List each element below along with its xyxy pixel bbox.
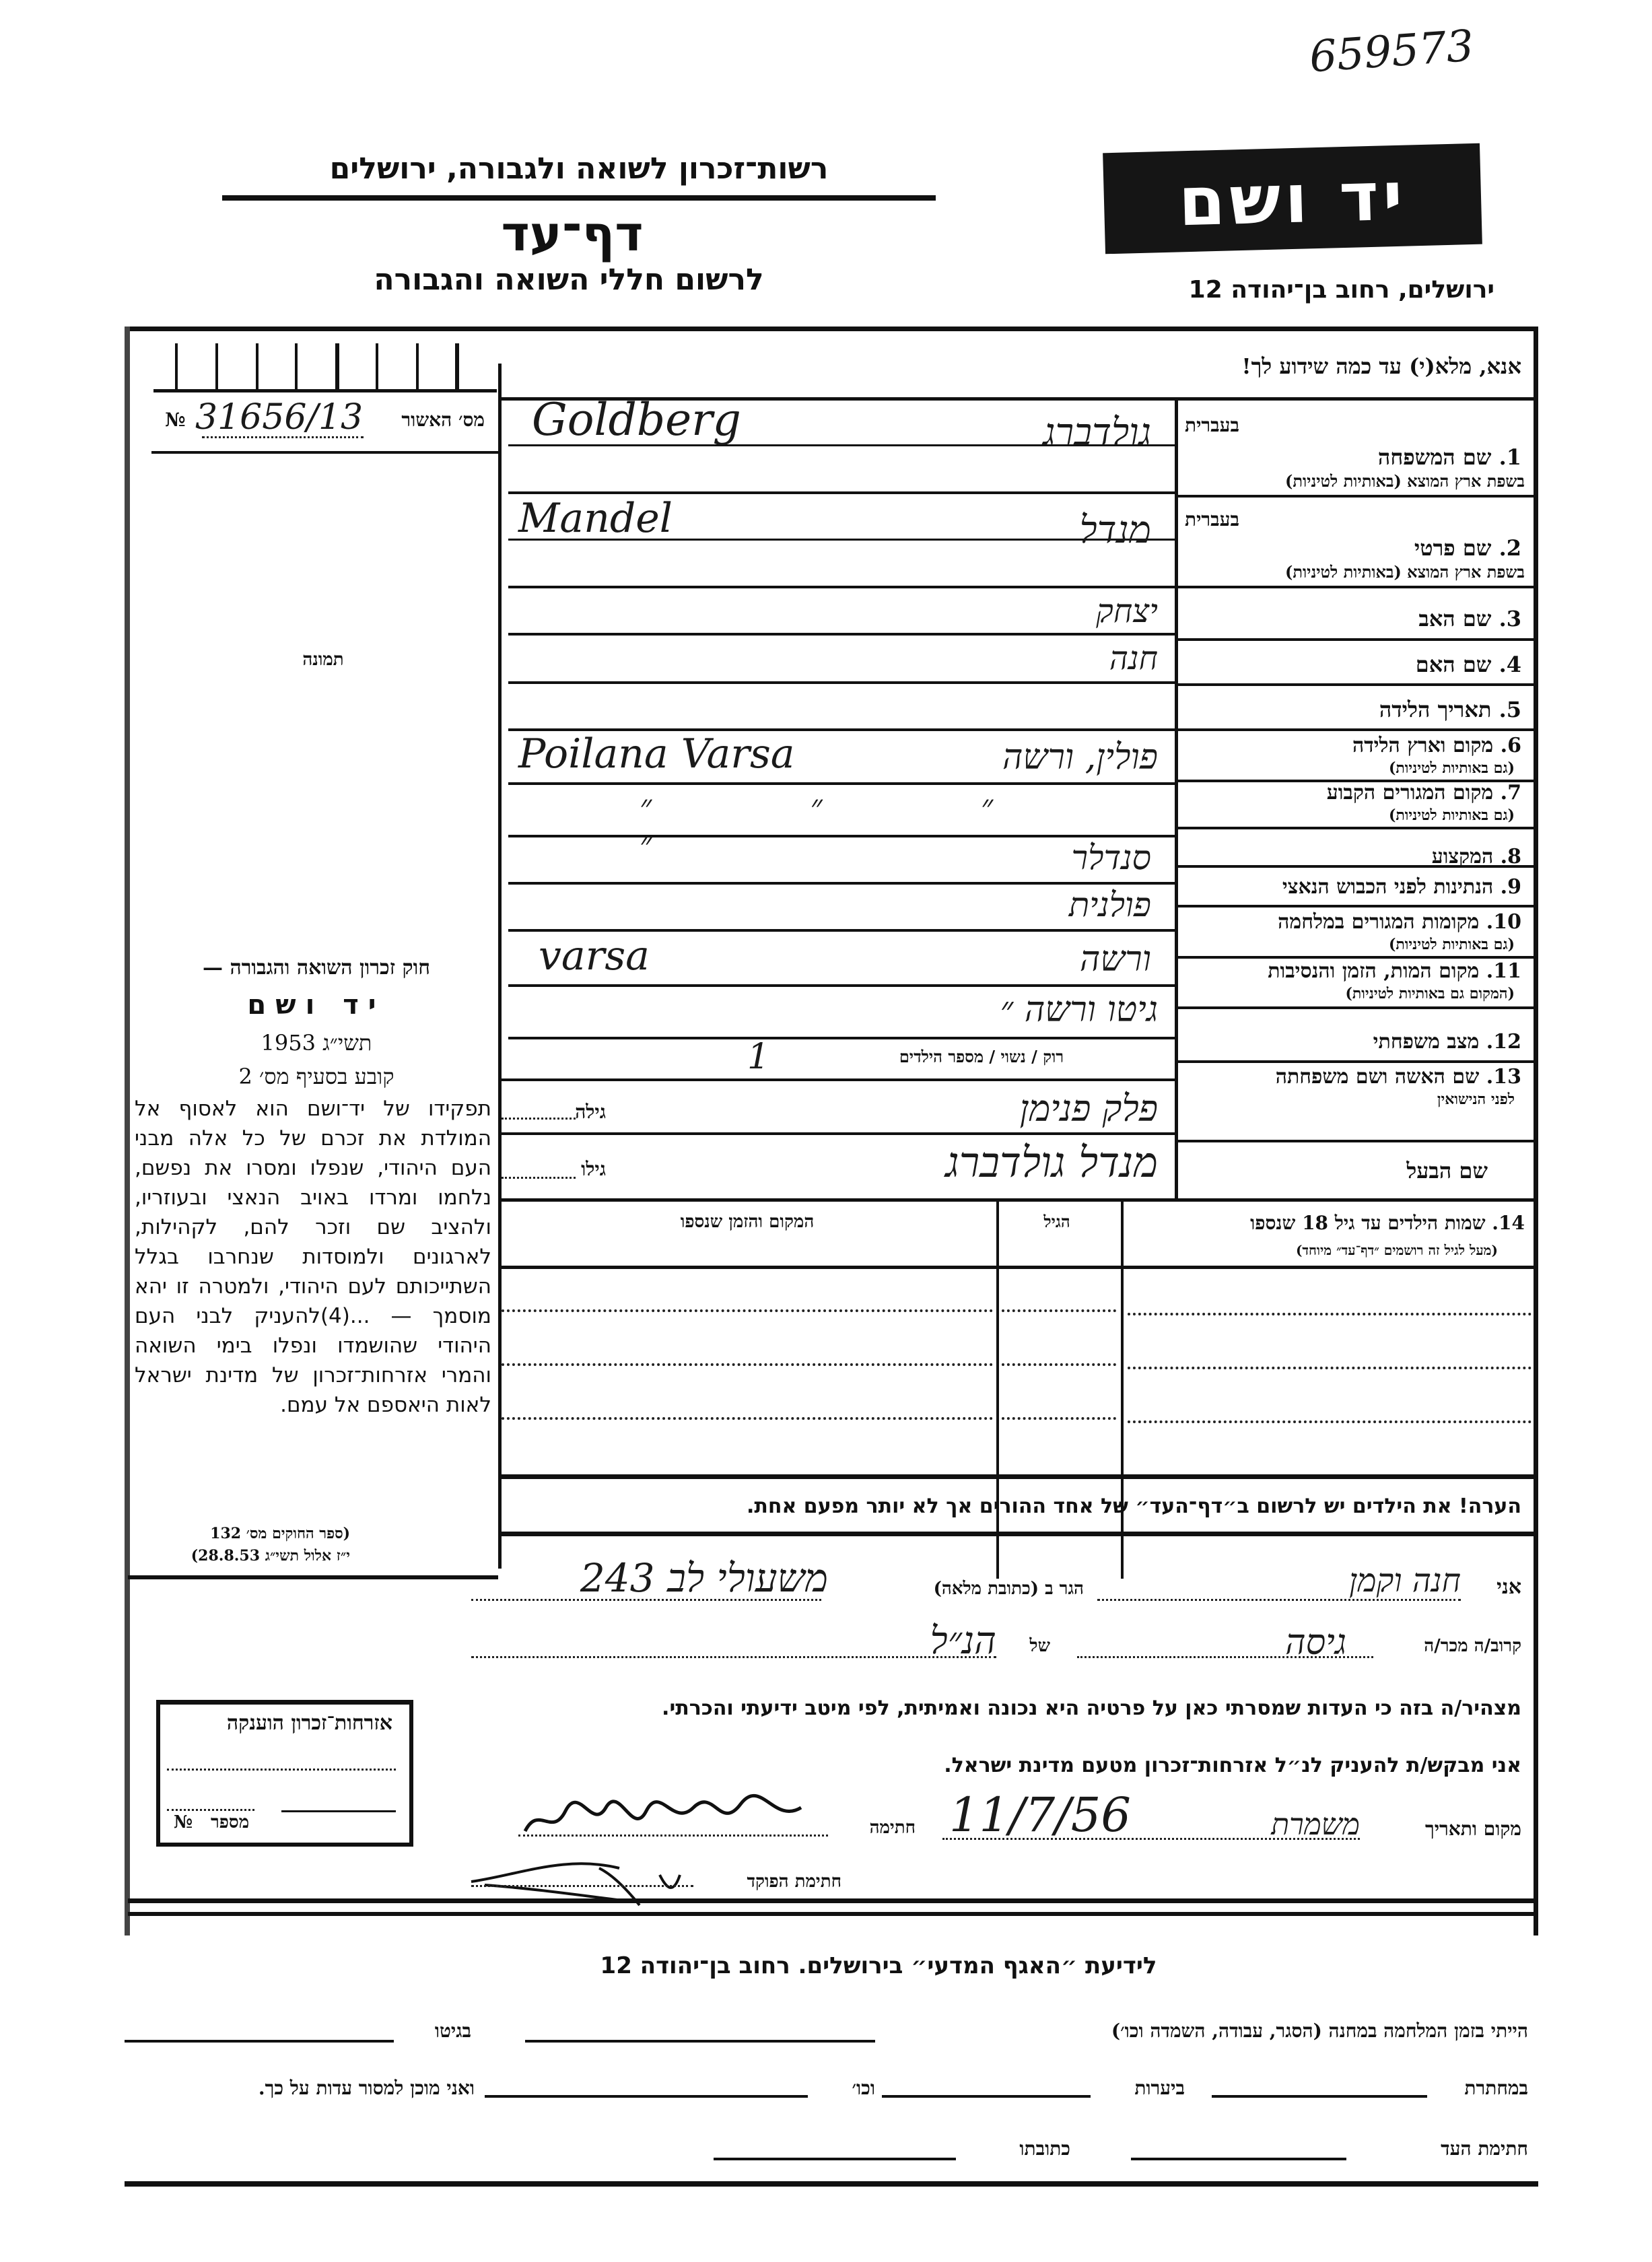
declarant-address[interactable]: משעולי לב 243 bbox=[458, 1555, 828, 1601]
field-1-sub: בשפת ארץ המוצא (באותיות לטיניות) bbox=[1181, 471, 1525, 491]
instruction: אנא, מלא(י) עד כמה שידוע לך! bbox=[512, 353, 1521, 379]
children-header-name-text: שמות הילדים עד גיל 18 שנספו bbox=[1250, 1212, 1485, 1234]
footer-line2-b: ביערות bbox=[1097, 2077, 1185, 2100]
field-7-sub: (גם באותיות לטיניות) bbox=[1185, 807, 1515, 824]
field-12-num: 12. bbox=[1486, 1030, 1521, 1054]
field-1-label: 1. שם המשפחה bbox=[1185, 444, 1521, 470]
footer-line3-a: חתימת העד bbox=[1400, 2137, 1528, 2160]
approval-label: מס׳ האשור bbox=[401, 409, 485, 432]
footer-line2-a: במחתרת bbox=[1434, 2077, 1528, 2100]
declaration-statement: מצהיר/ה בזה כי העדות שמסרתי כאן על פרטיה… bbox=[498, 1697, 1521, 1720]
field-5-num: 5. bbox=[1499, 697, 1521, 722]
approval-number[interactable]: 31656/13 bbox=[195, 397, 363, 438]
field-6-label: 6. מקום וארץ הלידה bbox=[1185, 734, 1521, 757]
field-13-label: 13. שם האשה ושם משפחתה bbox=[1185, 1065, 1521, 1089]
child-row-3-place[interactable] bbox=[502, 1417, 993, 1420]
mother-name[interactable]: חנה bbox=[1010, 640, 1158, 677]
birthplace-latin[interactable]: Poilana Varsa bbox=[518, 730, 795, 778]
field-13-label-text: שם האשה ושם משפחתה bbox=[1276, 1065, 1480, 1089]
law-text: תפקידו של יד־ושם הוא לאסוף אל המולדת את … bbox=[135, 1094, 491, 1420]
place-date-label: מקום ותאריך bbox=[1373, 1818, 1521, 1841]
resides-label: הגר ב (כתובת מלאה) bbox=[828, 1579, 1084, 1599]
firstname-hebrew[interactable]: מנדל bbox=[1010, 508, 1151, 552]
note: הערה! את הילדים יש לרשום ב״דף־העד״ של אח… bbox=[512, 1495, 1521, 1518]
field-2-label: 2. שם פרטי bbox=[1185, 535, 1521, 561]
archive-number: 659573 bbox=[1308, 22, 1476, 83]
signature-scribble-icon bbox=[518, 1791, 835, 1845]
camp-field[interactable] bbox=[525, 2040, 875, 2043]
signature-label: חתימה bbox=[835, 1818, 916, 1838]
child-row-2-place[interactable] bbox=[502, 1363, 993, 1366]
field-7-num: 7. bbox=[1501, 781, 1521, 804]
profession[interactable]: סנדלר bbox=[996, 838, 1151, 877]
photo-label: תמונה bbox=[256, 650, 390, 670]
frame-right bbox=[1534, 327, 1538, 1935]
frame-bottom bbox=[125, 2181, 1538, 2187]
field-11-label-text: מקום המות, הזמן והנסיבות bbox=[1268, 959, 1479, 983]
child-row-3-name[interactable] bbox=[1128, 1420, 1531, 1423]
field-11-label: 11. מקום המות, הזמן והנסיבות bbox=[1185, 959, 1521, 983]
wartime-residence-latin[interactable]: varsa bbox=[539, 932, 650, 980]
field-1-label-text: שם המשפחה bbox=[1378, 444, 1492, 470]
children-count[interactable]: 1 bbox=[747, 1037, 769, 1077]
field-5-label: 5. תאריך הלידה bbox=[1185, 697, 1521, 722]
field-13-num: 13. bbox=[1486, 1065, 1521, 1089]
surname-hebrew[interactable]: גולדברג bbox=[929, 411, 1151, 454]
field-10-label: 10. מקומות המגורים במלחמה bbox=[1185, 910, 1521, 934]
law-title: חוק זכרון השואה והגבורה — bbox=[141, 956, 491, 980]
field-1-hebrew-tag: בעברית bbox=[1185, 414, 1326, 437]
etc-field[interactable] bbox=[485, 2095, 808, 2098]
field-6-num: 6. bbox=[1501, 734, 1521, 757]
children-header-place: המקום והזמן שנספו bbox=[512, 1212, 983, 1232]
place-of-death[interactable]: גיטו ורשה ״ bbox=[707, 990, 1158, 1030]
field-9-num: 9. bbox=[1501, 875, 1521, 899]
husband-name[interactable]: מנדל גולדברג bbox=[794, 1138, 1158, 1188]
field-10-num: 10. bbox=[1486, 910, 1521, 934]
field-2-hebrew-tag: בעברית bbox=[1185, 508, 1326, 531]
footer-line1-b: בגיטו bbox=[404, 2020, 471, 2043]
field-2-sub: בשפת ארץ המוצא (באותיות לטיניות) bbox=[1181, 562, 1525, 582]
firstname-latin[interactable]: Mandel bbox=[518, 495, 673, 542]
children-header-name: 14. שמות הילדים עד גיל 18 שנספו bbox=[1128, 1212, 1525, 1235]
place-value[interactable]: משמרת bbox=[1185, 1808, 1360, 1842]
witness-signature-field[interactable] bbox=[1131, 2158, 1346, 2160]
field-3-label-text: שם האב bbox=[1418, 606, 1491, 631]
citizenship-no-symbol: № bbox=[174, 1812, 193, 1832]
label-column-divider bbox=[1175, 401, 1178, 1202]
field-6-label-text: מקום וארץ הלידה bbox=[1352, 734, 1493, 757]
no-symbol: № bbox=[165, 409, 185, 431]
yad-vashem-logo: יד ושם bbox=[1103, 143, 1482, 254]
child-row-1-name[interactable] bbox=[1128, 1313, 1531, 1315]
forests-field[interactable] bbox=[882, 2095, 1091, 2098]
field-4-label-text: שם האם bbox=[1416, 652, 1492, 677]
field-1-num: 1. bbox=[1499, 444, 1521, 470]
field-7-label: 7. מקום המגורים הקבוע bbox=[1185, 781, 1521, 804]
nationality[interactable]: פולנית bbox=[996, 885, 1151, 924]
field-2-num: 2. bbox=[1499, 535, 1521, 561]
ghetto-field[interactable] bbox=[125, 2040, 394, 2043]
address: ירושלים, רחוב בן־יהודה 12 bbox=[1117, 276, 1494, 304]
footer-line2-d: ואני מוכן למסור עדות על כך. bbox=[125, 2077, 475, 2100]
children-header-sub: (מעל לגיל זה רושמים ״דף־עד״ מיוחד) bbox=[1128, 1242, 1498, 1259]
field-5-label-text: תאריך הלידה bbox=[1379, 697, 1492, 722]
law-year: תשי״ג 1953 bbox=[141, 1030, 491, 1056]
form-subtitle: לרשום חללי השואה והגבורה bbox=[283, 263, 855, 297]
law-clause: קובע בסעיף מס׳ 2 bbox=[141, 1064, 491, 1089]
approval-rule bbox=[151, 451, 498, 454]
child-row-3-age[interactable] bbox=[1002, 1417, 1116, 1420]
header-rule bbox=[222, 195, 936, 201]
wife-age-label: גילה bbox=[539, 1101, 606, 1124]
authority-title: רשות־זכרון לשואה ולגבורה, ירושלים bbox=[215, 151, 942, 186]
form-title: דף־עד bbox=[404, 205, 741, 262]
field-13-sub: לפני הנישואין bbox=[1185, 1091, 1515, 1108]
law-source-1: (ספר החוקים מס׳ 132 bbox=[135, 1525, 350, 1542]
footer-line1-a: הייתי בזמן המלחמה במחנה (הסגר, עבודה, הש… bbox=[889, 2020, 1528, 2043]
child-row-1-place[interactable] bbox=[502, 1309, 993, 1312]
footer-title: לידיעת ״האגף המדעי״ בירושלים. רחוב בן־יה… bbox=[525, 1952, 1232, 1979]
frame-top bbox=[125, 327, 1538, 331]
law-name: יד ושם bbox=[141, 990, 491, 1021]
decl-ani: אני bbox=[1468, 1575, 1521, 1599]
citizenship-box: אזרחות־זכרון הוענקה № מספר bbox=[156, 1700, 413, 1847]
left-column-divider bbox=[498, 364, 502, 1569]
birthplace-hebrew[interactable]: פולין, ורשה bbox=[929, 737, 1158, 778]
witness-address-field[interactable] bbox=[714, 2158, 956, 2160]
children-num: 14. bbox=[1492, 1212, 1525, 1234]
field-10-sub: (גם באותיות לטיניות) bbox=[1185, 936, 1515, 953]
wartime-residence-hebrew[interactable]: ורשה bbox=[996, 939, 1151, 980]
field-11-sub: (המקום גם באותיות לטיניות) bbox=[1185, 985, 1515, 1002]
official-signature-label: חתימת הפוקד bbox=[693, 1872, 841, 1892]
field-2-label-text: שם פרטי bbox=[1414, 535, 1492, 561]
child-row-2-name[interactable] bbox=[1128, 1367, 1531, 1369]
law-source-2: י״ז אלול תשי״ג 28.8.53) bbox=[135, 1547, 350, 1565]
children-header-age: הגיל bbox=[1003, 1212, 1111, 1232]
approval-row: № 31656/13 מס׳ האשור bbox=[155, 401, 491, 441]
underground-field[interactable] bbox=[1212, 2095, 1427, 2098]
marital-status-options: רוק / נשוי / מספר הילדים bbox=[727, 1047, 1064, 1067]
field-7-label-text: מקום המגורים הקבוע bbox=[1327, 781, 1494, 804]
child-row-2-age[interactable] bbox=[1002, 1363, 1116, 1366]
ruler-base bbox=[153, 389, 497, 392]
surname-latin[interactable]: Goldberg bbox=[532, 394, 741, 446]
logo-text: יד ושם bbox=[1177, 156, 1408, 241]
frame-left bbox=[125, 327, 130, 1935]
date-value[interactable]: 11/7/56 bbox=[949, 1787, 1131, 1843]
child-row-1-age[interactable] bbox=[1002, 1309, 1116, 1312]
father-name[interactable]: יצחק bbox=[1010, 592, 1158, 630]
field-4-num: 4. bbox=[1499, 652, 1521, 677]
declarant-name[interactable]: חנה וקמן bbox=[1225, 1562, 1461, 1600]
wife-name[interactable]: פלק פנימן bbox=[875, 1087, 1158, 1130]
declaration-request: אני מבקש/ת להעניק לנ״ל אזרחות־זכרון מטעם… bbox=[498, 1754, 1521, 1777]
citizenship-title: אזרחות־זכרון הוענקה bbox=[160, 1711, 392, 1735]
ruler-ticks bbox=[162, 343, 498, 390]
field-9-label: 9. הנתינות לפני הכבוש הנאצי bbox=[1185, 875, 1521, 899]
relation-label: קרוב/ה מכר/ה bbox=[1380, 1636, 1521, 1656]
field-12-label: 12. מצב משפחתי bbox=[1185, 1030, 1521, 1054]
footer-line3-b: כתובתו bbox=[969, 2137, 1070, 2160]
declarant-signature[interactable] bbox=[518, 1791, 835, 1845]
field-11-num: 11. bbox=[1486, 959, 1521, 983]
field-4-label: 4. שם האם bbox=[1185, 652, 1521, 677]
field-12-label-text: מצב משפחתי bbox=[1373, 1030, 1480, 1054]
of-label: של bbox=[1010, 1636, 1050, 1656]
field-3-num: 3. bbox=[1499, 606, 1521, 631]
field-3-label: 3. שם האב bbox=[1185, 606, 1521, 631]
citizenship-number-label: מספר bbox=[211, 1812, 249, 1832]
field-9-label-text: הנתינות לפני הכבוש הנאצי bbox=[1282, 875, 1493, 899]
law-box-bottom bbox=[128, 1575, 498, 1579]
husband-label: שם הבעל bbox=[1185, 1158, 1488, 1184]
field-6-sub: (גם באותיות לטיניות) bbox=[1185, 759, 1515, 777]
footer-line2-c: וכו׳ bbox=[821, 2077, 875, 2100]
field-10-label-text: מקומות המגורים במלחמה bbox=[1278, 910, 1479, 934]
